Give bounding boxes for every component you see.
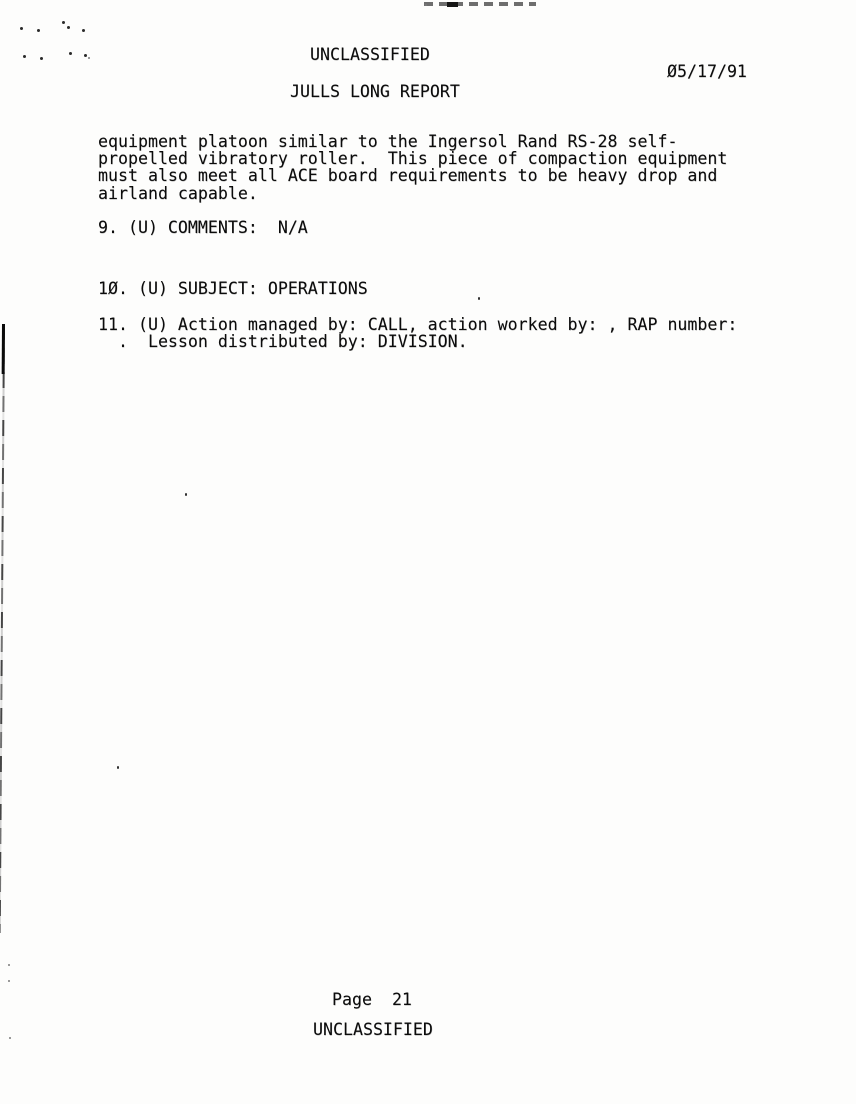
- document-page: UNCLASSIFIED Ø5/17/91 JULLS LONG REPORT …: [0, 0, 856, 1104]
- report-title: JULLS LONG REPORT: [290, 83, 460, 100]
- classification-footer: UNCLASSIFIED: [313, 1021, 433, 1038]
- scan-speckle: [84, 54, 87, 57]
- scan-speckle: [478, 297, 480, 300]
- scan-artifact-left-line: [0, 324, 6, 933]
- report-date: Ø5/17/91: [667, 63, 747, 80]
- scan-speckle: [82, 29, 85, 32]
- scan-speckle: [20, 27, 23, 30]
- scan-speckle: [37, 29, 40, 32]
- scan-artifact-left-line-body: [0, 324, 5, 933]
- scan-speckle: [185, 493, 187, 496]
- item-11-action: 11. (U) Action managed by: CALL, action …: [98, 316, 737, 350]
- scan-artifact-top-dash-dark: [447, 2, 458, 7]
- classification-header: UNCLASSIFIED: [310, 46, 430, 63]
- scan-speckle: [8, 980, 10, 982]
- scan-speckle: [67, 26, 70, 29]
- scan-artifact-top-dashes: [424, 2, 536, 6]
- scan-speckle: [62, 21, 65, 24]
- scan-artifact-left-line-cap: [2, 324, 5, 374]
- item-9-comments: 9. (U) COMMENTS: N/A: [98, 219, 308, 236]
- scan-speckle: [117, 766, 119, 769]
- item-10-subject: 1Ø. (U) SUBJECT: OPERATIONS: [98, 280, 368, 297]
- scan-speckle: [40, 57, 43, 60]
- scan-speckle: [9, 1037, 11, 1039]
- scan-speckle: [88, 57, 90, 59]
- scan-speckle: [425, 4, 427, 6]
- scan-speckle: [8, 964, 10, 966]
- scan-speckle: [69, 52, 72, 55]
- paragraph-equipment: equipment platoon similar to the Ingerso…: [98, 133, 727, 202]
- scan-speckle: [23, 55, 26, 58]
- page-number: Page 21: [332, 991, 412, 1008]
